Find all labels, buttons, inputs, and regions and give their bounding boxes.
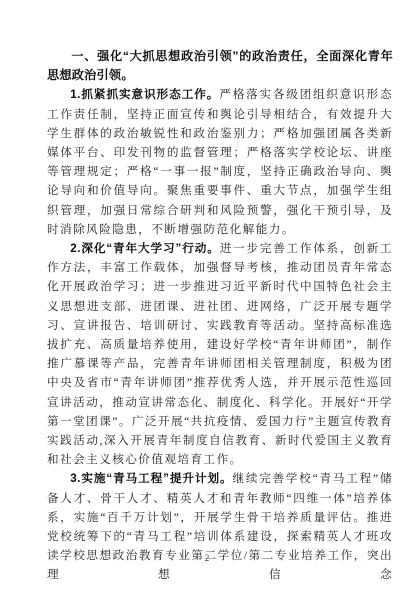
paragraph-text: 继续完善学校“青马工程”储备人才、骨干人才、精英人才和青年教师“四维一体”培养体… <box>47 472 393 581</box>
paragraph: 3.实施“青马工程”提升计划。继续完善学校“青马工程”储备人才、骨干人才、精英人… <box>47 469 393 584</box>
paragraph: 1.抓紧抓实意识形态工作。严格落实各级团组织意识形态工作责任制，坚持正面宣传和舆… <box>47 85 393 239</box>
paragraph-lead: 1.抓紧抓实意识形态工作。 <box>70 88 219 101</box>
page-number: 2 <box>0 553 414 563</box>
paragraph-text: 严格落实各级团组织意识形态工作责任制，坚持正面宣传和舆论引导相结合，有效提升大学… <box>47 88 393 235</box>
document-page: 一、强化“大抓思想政治引领”的政治责任，全面深化青年思想政治引领。 1.抓紧抓实… <box>0 0 420 600</box>
paragraph-text: 进一步完善工作体系，创新工作方法，丰富工作载体，加强督导考核，推动团员青年常态化… <box>47 242 393 466</box>
paragraph-lead: 2.深化“青年大学习”行动。 <box>70 242 220 255</box>
section-heading: 一、强化“大抓思想政治引领”的政治责任，全面深化青年思想政治引领。 <box>47 47 393 85</box>
document-body: 一、强化“大抓思想政治引领”的政治责任，全面深化青年思想政治引领。 1.抓紧抓实… <box>47 47 393 585</box>
paragraph-lead: 3.实施“青马工程”提升计划。 <box>70 472 232 485</box>
paragraph: 2.深化“青年大学习”行动。进一步完善工作体系，创新工作方法，丰富工作载体，加强… <box>47 239 393 469</box>
